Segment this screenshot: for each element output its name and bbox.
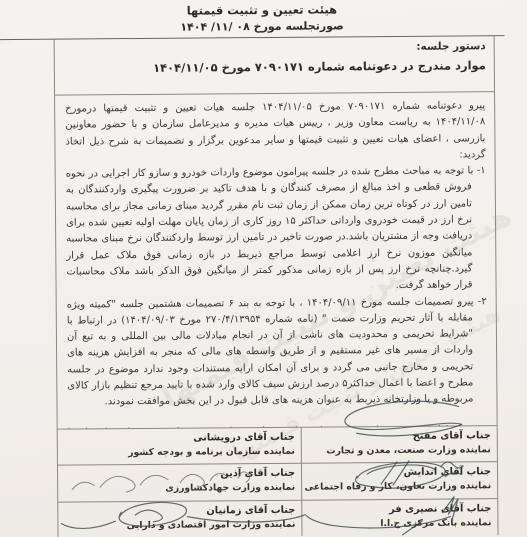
agenda-heading: دستور جلسه: (61, 40, 486, 55)
org-title: هیئت تعیین و تثبیت قیمتها (0, 1, 525, 19)
signatory-org-darvishani: نماینده سازمان برنامه و بودجه کشور (60, 446, 295, 459)
signatory-org-zamanian: نماینده وزارت امور اقتصادی و دارایی (60, 518, 295, 531)
agenda-section: دستور جلسه: موارد مندرج در دعوتنامه شمار… (55, 36, 494, 95)
sig-cell-darvishani: جناب آقای درویشانی نماینده سازمان برنامه… (58, 428, 301, 466)
signatory-name-mofatteh: جناب آقای مفتح (304, 430, 491, 442)
sig-cell-mofatteh: جناب آقای مفتح نماینده وزارت صنعت، معدن … (301, 426, 497, 464)
decision-item-1: ۱- با توجه به مباحث مطرح شده در جلسه پیر… (66, 163, 487, 297)
signatory-name-darvishani: جناب آقای درویشانی (60, 432, 295, 445)
document-page: هیئت تعیین و تثبیت قیمتها هیئت تعیین و ت… (0, 0, 527, 537)
content-table: دستور جلسه: موارد مندرج در دعوتنامه شمار… (54, 36, 499, 537)
signatory-name-nasirifar: جناب آقای نصیری فر (304, 503, 491, 515)
sig-cell-azin: جناب آقای آذین نماینده وزارت جهادکشاورزی (58, 464, 301, 502)
sig-cell-andayesh: جناب آقای اندایش نماینده وزارت تعاون، کا… (301, 463, 497, 501)
signature-table: جناب آقای مفتح نماینده وزارت صنعت، معدن … (58, 426, 498, 537)
signatory-name-zamanian: جناب آقای زمانیان (60, 504, 295, 517)
sig-cell-zamanian: جناب آقای زمانیان نماینده وزارت امور اقت… (58, 500, 301, 537)
signatory-org-azin: نماینده وزارت جهادکشاورزی (60, 482, 295, 495)
agenda-item: موارد مندرج در دعوتنامه شماره ۷۰۹۰۱۷۱ مو… (61, 58, 486, 75)
minutes-date-title: صورتجلسه مورخ ۰۸ /۱۱/ ۱۴۰۴ (0, 18, 526, 35)
signatory-name-andayesh: جناب آقای اندایش (304, 467, 491, 479)
intro-paragraph: پیرو دعوتنامه شماره ۷۰۹۰۱۷۱ مورخ ۱۴۰۴/۱۱… (65, 98, 485, 166)
sig-cell-nasirifar: جناب آقای نصیری فر نماینده بانک مرکزی ج.… (301, 499, 497, 536)
signatory-org-andayesh: نماینده وزارت تعاون، کار و رفاه اجتماعی (304, 481, 491, 493)
minutes-body: پیرو دعوتنامه شماره ۷۰۹۰۱۷۱ مورخ ۱۴۰۴/۱۱… (55, 92, 497, 429)
signatory-org-nasirifar: نماینده بانک مرکزی ج.ا.ا (304, 517, 491, 529)
decision-item-2: ۲- پیرو تصمیمات جلسه مورخ ۱۴۰۴/۰۹/۱۱ ، ب… (67, 294, 488, 411)
document-header: هیئت تعیین و تثبیت قیمتها صورتجلسه مورخ … (0, 1, 526, 35)
signatory-name-azin: جناب آقای آذین (60, 468, 295, 481)
signatory-org-mofatteh: نماینده وزارت صنعت، معدن و تجارت (304, 444, 491, 456)
